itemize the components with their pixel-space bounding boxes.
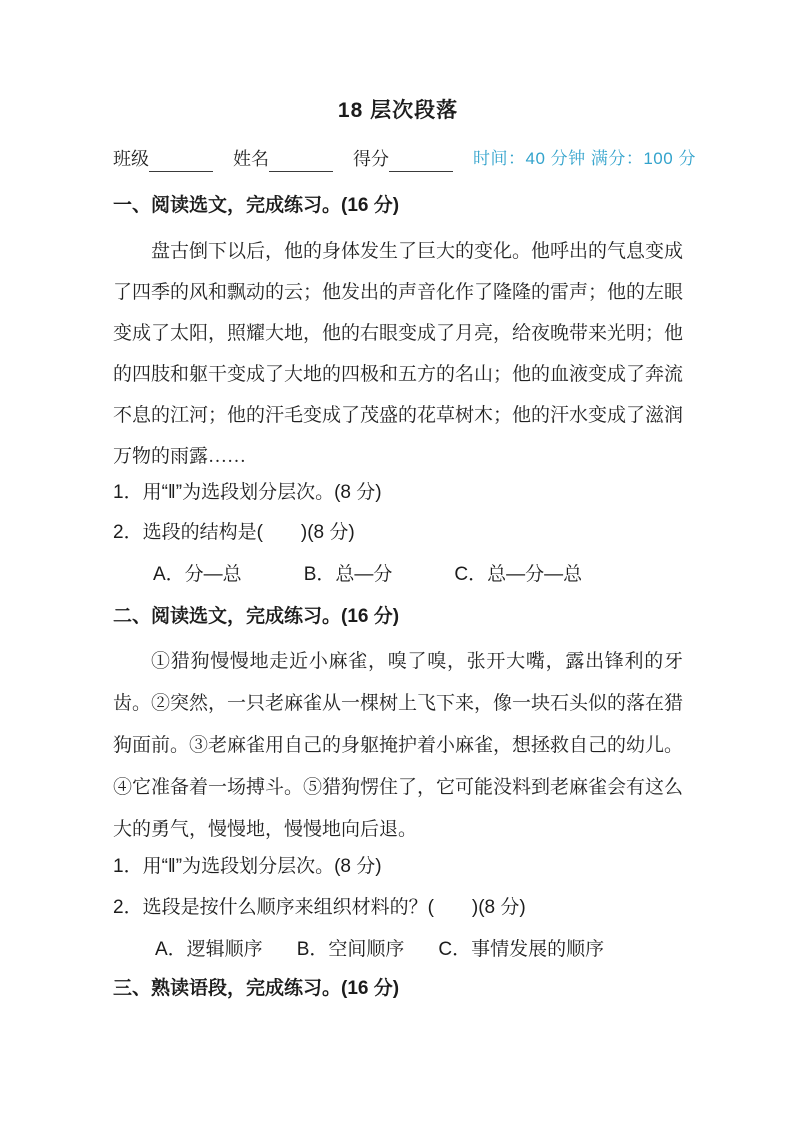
section-one-passage: 盘古倒下以后，他的身体发生了巨大的变化。他呼出的气息变成了四季的风和飘动的云；他… bbox=[113, 231, 683, 477]
section-two: 二、阅读选文，完成练习。(16 分) ①猎狗慢慢地走近小麻雀，嗅了嗅，张开大嘴，… bbox=[113, 603, 683, 963]
time-score-note: 时间：40 分钟 满分：100 分 bbox=[473, 146, 696, 172]
score-blank-line bbox=[389, 150, 453, 172]
section-two-option-c: C．事情发展的顺序 bbox=[438, 936, 604, 963]
section-two-options: A．逻辑顺序 B．空间顺序 C．事情发展的顺序 bbox=[113, 936, 683, 963]
class-blank-line bbox=[149, 150, 213, 172]
section-two-question-2: 2．选段是按什么顺序来组织材料的？( )(8 分) bbox=[113, 894, 683, 921]
worksheet-content: 18 层次段落 班级 姓名 得分 时间：40 分钟 满分：100 分 一、阅读选… bbox=[113, 0, 683, 1002]
section-one-question-1: 1．用“‖”为选段划分层次。(8 分) bbox=[113, 479, 683, 506]
section-one-heading: 一、阅读选文，完成练习。(16 分) bbox=[113, 192, 683, 219]
section-one-options: A．分—总 B．总—分 C．总—分—总 bbox=[113, 561, 683, 588]
class-label: 班级 bbox=[113, 146, 149, 172]
worksheet-page: 18 层次段落 班级 姓名 得分 时间：40 分钟 满分：100 分 一、阅读选… bbox=[0, 0, 793, 1122]
name-label: 姓名 bbox=[233, 146, 269, 172]
section-one-option-b: B．总—分 bbox=[304, 561, 393, 588]
section-one: 一、阅读选文，完成练习。(16 分) 盘古倒下以后，他的身体发生了巨大的变化。他… bbox=[113, 192, 683, 588]
section-one-question-2: 2．选段的结构是( )(8 分) bbox=[113, 519, 683, 546]
section-one-option-c: C．总—分—总 bbox=[454, 561, 582, 588]
section-two-question-1: 1．用“‖”为选段划分层次。(8 分) bbox=[113, 853, 683, 880]
student-info-row: 班级 姓名 得分 时间：40 分钟 满分：100 分 bbox=[113, 146, 683, 172]
score-label: 得分 bbox=[353, 146, 389, 172]
name-blank-line bbox=[269, 150, 333, 172]
section-two-option-b: B．空间顺序 bbox=[297, 936, 405, 963]
section-two-option-a: A．逻辑顺序 bbox=[155, 936, 263, 963]
section-three: 三、熟读语段，完成练习。(16 分) bbox=[113, 975, 683, 1002]
section-three-heading: 三、熟读语段，完成练习。(16 分) bbox=[113, 975, 683, 1002]
section-two-heading: 二、阅读选文，完成练习。(16 分) bbox=[113, 603, 683, 630]
page-title: 18 层次段落 bbox=[113, 97, 683, 125]
section-two-passage: ①猎狗慢慢地走近小麻雀，嗅了嗅，张开大嘴，露出锋利的牙齿。②突然，一只老麻雀从一… bbox=[113, 641, 683, 851]
score-field: 得分 bbox=[353, 146, 453, 172]
name-field: 姓名 bbox=[233, 146, 333, 172]
class-field: 班级 bbox=[113, 146, 213, 172]
section-one-option-a: A．分—总 bbox=[153, 561, 242, 588]
